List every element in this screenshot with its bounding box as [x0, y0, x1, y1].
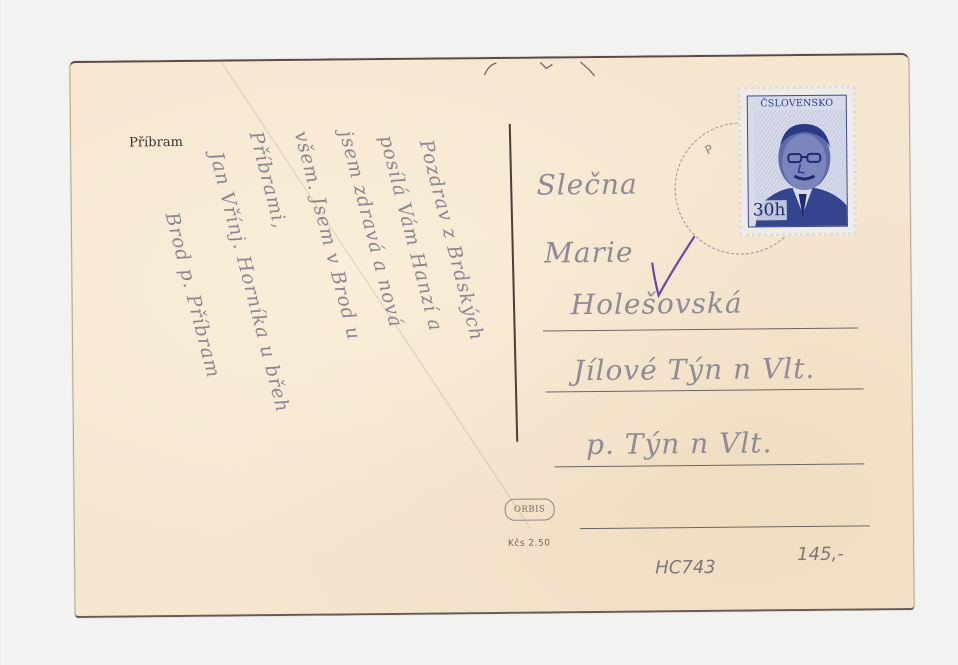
message-line: Příbrami,: [245, 129, 291, 231]
postage-stamp: ČSLOVENSKO 30h: [738, 85, 857, 236]
address-first-name: Marie: [544, 236, 634, 270]
address-rule: [543, 327, 858, 331]
price-note: 145,-: [797, 544, 844, 565]
address-rule: [546, 388, 864, 392]
address-surname: Holešovská: [571, 287, 743, 322]
postcard: Příbram Pozdrav z Brdských posílá Vám Ha…: [69, 53, 914, 618]
printed-price: Kčs 2.50: [508, 538, 551, 548]
stamp-country: ČSLOVENSKO: [748, 98, 846, 110]
stamp-engraver-credit: · · · · · · · ·: [809, 220, 843, 225]
postmark-text: P: [703, 140, 719, 157]
publisher-mark: ORBIS: [505, 498, 555, 520]
handwritten-message: Pozdrav z Brdských posílá Vám Hanzí a js…: [96, 127, 501, 611]
address-salutation: Slečna: [536, 168, 637, 202]
address-rule: [554, 463, 864, 467]
address-divider-line: [509, 124, 518, 442]
address-post-office: p. Týn n Vlt.: [586, 426, 773, 461]
address-rule: [580, 525, 870, 529]
stamp-value: 30h: [752, 200, 787, 220]
top-edge-pencil-marks: [482, 60, 602, 85]
address-street-town: Jílové Týn n Vlt.: [573, 352, 815, 387]
catalog-code-note: HC743: [655, 557, 716, 579]
stamp-design: ČSLOVENSKO 30h: [747, 95, 848, 228]
message-line: Brod p. Příbram: [160, 210, 224, 381]
